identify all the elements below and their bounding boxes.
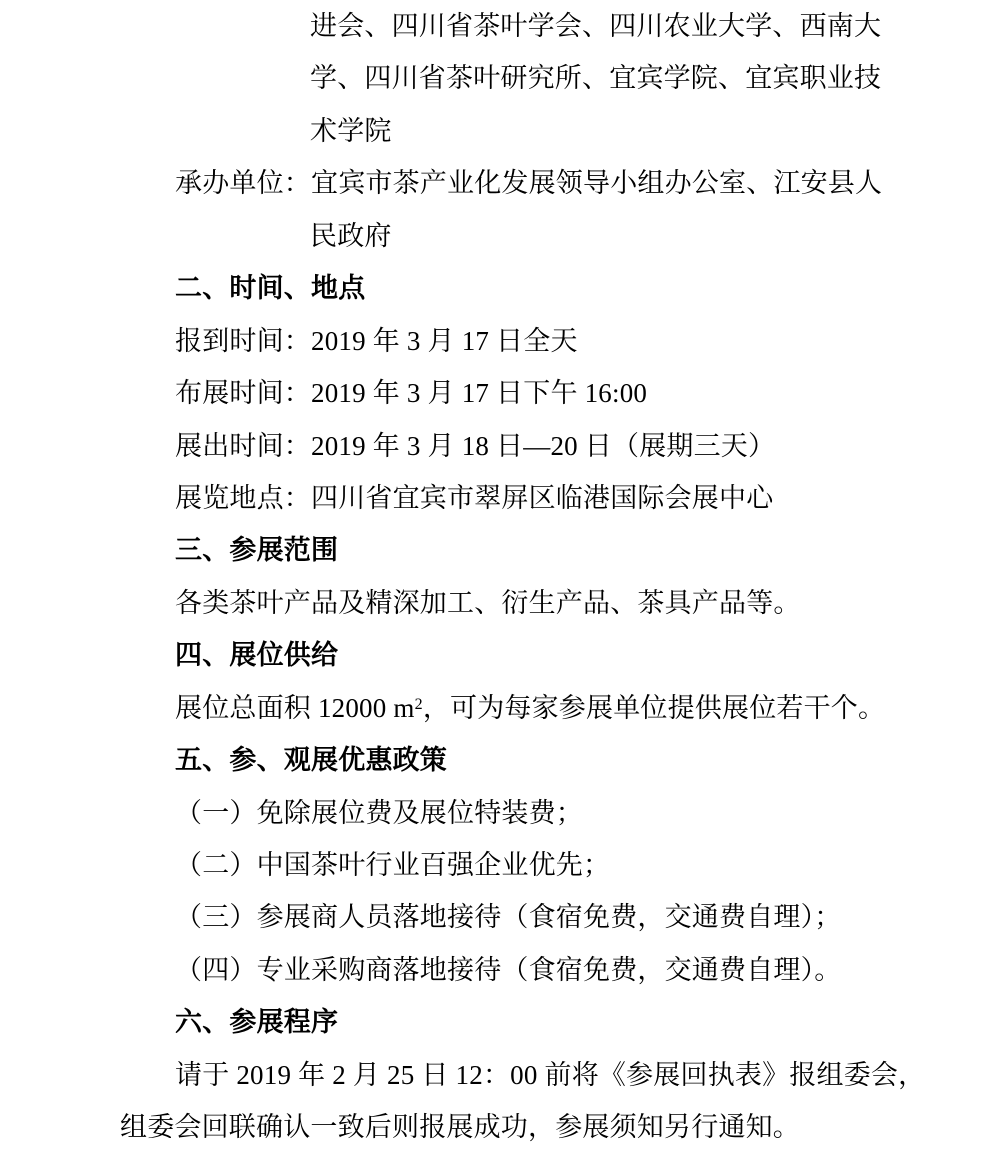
- line-policy-4: （四）专业采购商落地接待（食宿免费，交通费自理）。: [120, 944, 886, 996]
- line-policy-2: （二）中国茶叶行业百强企业优先；: [120, 839, 886, 891]
- line-booth-area: 展位总面积 12000 m2，可为每家参展单位提供展位若干个。: [120, 682, 886, 734]
- heading-section-2-time-place: 二、时间、地点: [120, 262, 886, 314]
- line-exhibit-scope: 各类茶叶产品及精深加工、衍生产品、茶具产品等。: [120, 577, 886, 629]
- line-procedure-2: 组委会回联确认一致后则报展成功，参展须知另行通知。: [120, 1101, 886, 1153]
- heading-section-6-procedure: 六、参展程序: [120, 996, 886, 1048]
- line-procedure-1: 请于 2019 年 2 月 25 日 12：00 前将《参展回执表》报组委会，: [120, 1049, 886, 1101]
- line-setup-time: 布展时间：2019 年 3 月 17 日下午 16:00: [120, 367, 886, 419]
- line-exhibition-venue: 展览地点：四川省宜宾市翠屏区临港国际会展中心: [120, 472, 886, 524]
- booth-area-text: 展位总面积 12000 m: [175, 693, 415, 723]
- line-undertaker: 承办单位：宜宾市茶产业化发展领导小组办公室、江安县人: [120, 157, 886, 209]
- line-policy-1: （一）免除展位费及展位特装费；: [120, 787, 886, 839]
- heading-section-5-policies: 五、参、观展优惠政策: [120, 734, 886, 786]
- line-cohost-continuation-2: 学、四川省茶叶研究所、宜宾学院、宜宾职业技: [120, 52, 886, 104]
- line-exhibition-time: 展出时间：2019 年 3 月 18 日—20 日（展期三天）: [120, 420, 886, 472]
- line-cohost-continuation-3: 术学院: [120, 105, 886, 157]
- line-undertaker-continuation: 民政府: [120, 210, 886, 262]
- document-body: 进会、四川省茶叶学会、四川农业大学、西南大 学、四川省茶叶研究所、宜宾学院、宜宾…: [120, 0, 886, 1154]
- document-page: 进会、四川省茶叶学会、四川农业大学、西南大 学、四川省茶叶研究所、宜宾学院、宜宾…: [0, 0, 1000, 1154]
- line-policy-3: （三）参展商人员落地接待（食宿免费，交通费自理）；: [120, 891, 886, 943]
- heading-section-3-scope: 三、参展范围: [120, 524, 886, 576]
- line-checkin-time: 报到时间：2019 年 3 月 17 日全天: [120, 315, 886, 367]
- heading-section-4-booth-supply: 四、展位供给: [120, 629, 886, 681]
- superscript-2: 2: [415, 696, 423, 713]
- line-cohost-continuation-1: 进会、四川省茶叶学会、四川农业大学、西南大: [120, 0, 886, 52]
- booth-area-text-rest: ，可为每家参展单位提供展位若干个。: [423, 693, 885, 723]
